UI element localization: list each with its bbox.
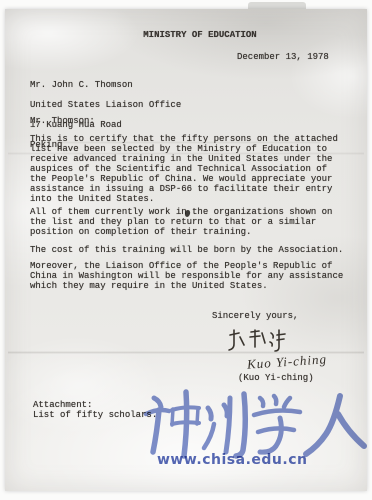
recipient-office: United States Liaison Office xyxy=(30,100,181,110)
watermark-url: www.chisa.edu.cn xyxy=(157,452,307,468)
handwritten-chinese-signature xyxy=(226,327,290,355)
scanned-letter: MINISTRY OF EDUCATION December 13, 1978 … xyxy=(0,0,372,500)
body-paragraph-3: The cost of this training will be born b… xyxy=(30,245,343,255)
body-paragraph-1: This is to certify that the fifty person… xyxy=(30,134,338,204)
closing-line: Sincerely yours, xyxy=(212,311,298,321)
letter-date: December 13, 1978 xyxy=(237,52,329,62)
watermark-calligraphy xyxy=(142,388,368,460)
typed-signature-name: (Kuo Yi-ching) xyxy=(238,373,314,383)
body-paragraph-4: Moreover, the Liaison Office of the Peop… xyxy=(30,261,343,291)
attachment-note: Attachment: List of fifty scholars. xyxy=(33,400,157,420)
salutation: Mr. Thomson: xyxy=(30,116,95,126)
body-paragraph-2: All of them currently work in the organi… xyxy=(30,207,332,237)
recipient-name: Mr. John C. Thomson xyxy=(30,80,181,90)
letterhead-title: MINISTRY OF EDUCATION xyxy=(40,30,360,40)
